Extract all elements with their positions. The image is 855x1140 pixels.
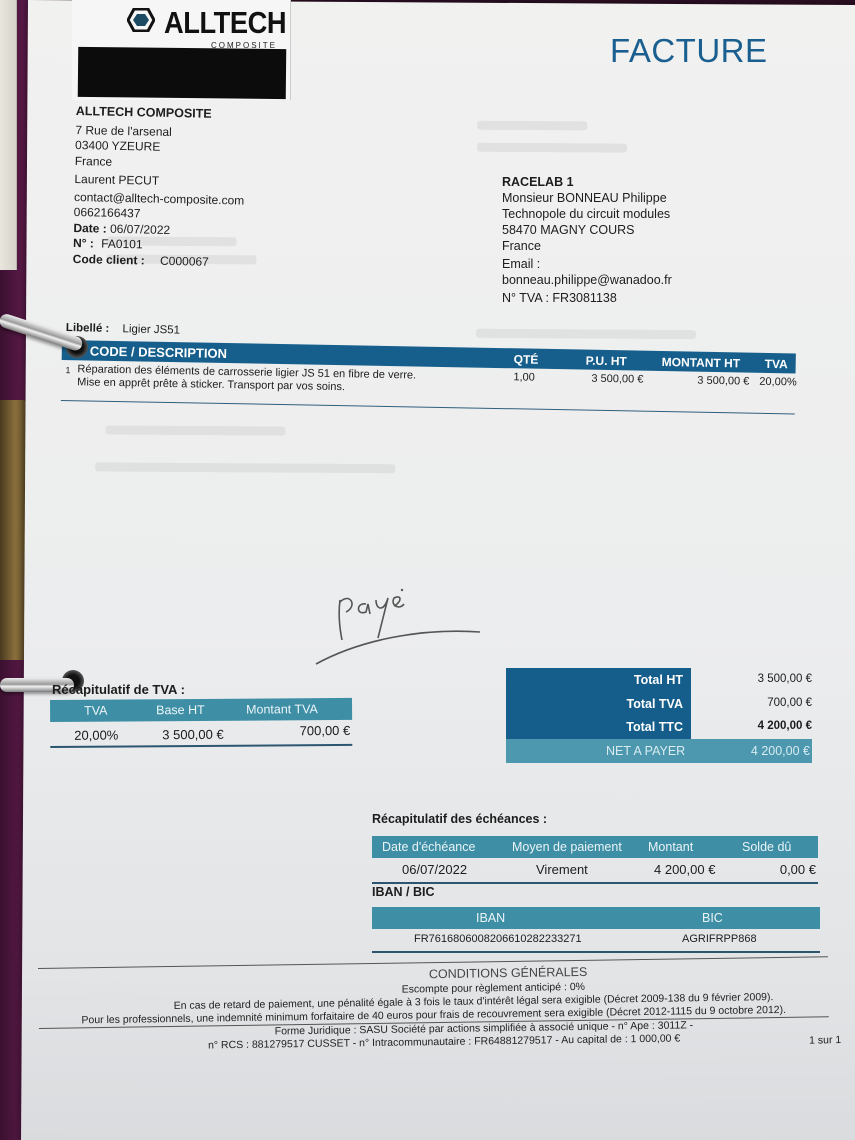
- client-code-label: Code client :: [73, 251, 145, 267]
- vat-summary-header: TVA Base HT Montant TVA: [50, 698, 352, 722]
- libelle-row: Libellé : Ligier JS51: [66, 322, 180, 337]
- schedule-title: Récapitulatif des échéances :: [372, 812, 547, 826]
- table-row: FR7616806008206610282233271 AGRIFRPP868: [372, 929, 820, 951]
- bleed-through-mark: [95, 462, 395, 473]
- bic-value: AGRIFRPP868: [682, 933, 757, 945]
- item-amount: 3 500,00 €: [697, 375, 749, 388]
- table-row: 20,00% 3 500,00 € 700,00 €: [50, 720, 352, 746]
- total-ht-label: Total HT: [506, 668, 691, 692]
- col-due-date: Date d'échéance: [382, 840, 475, 854]
- col-iban: IBAN: [476, 911, 505, 925]
- due-date: 06/07/2022: [402, 862, 467, 877]
- invoice-number-label: N° :: [73, 236, 94, 250]
- bank-details-table: IBAN BIC FR7616806008206610282233271 AGR…: [372, 907, 820, 953]
- invoice-date: 06/07/2022: [110, 221, 170, 236]
- vat-summary-table: TVA Base HT Montant TVA 20,00% 3 500,00 …: [50, 698, 352, 748]
- col-bic: BIC: [702, 911, 723, 925]
- client-address-line2: 58470 MAGNY COURS: [502, 222, 672, 238]
- item-qty: 1,00: [513, 371, 535, 383]
- redaction-bar: [78, 47, 287, 99]
- item-vat: 20,00%: [759, 376, 797, 389]
- client-vat-label: N° TVA :: [502, 291, 549, 305]
- invoice-date-label: Date :: [73, 220, 107, 235]
- net-to-pay-value: 4 200,00 €: [751, 744, 810, 758]
- col-payment-method: Moyen de paiement: [512, 840, 622, 854]
- sender-company: ALLTECH COMPOSITE: [76, 104, 247, 123]
- bleed-through-mark: [477, 121, 587, 131]
- sender-country: France: [75, 153, 246, 172]
- bleed-through-mark: [477, 143, 627, 153]
- col-description: CODE / DESCRIPTION: [90, 344, 228, 362]
- client-contact: Monsieur BONNEAU Philippe: [502, 190, 672, 206]
- divider: [372, 951, 820, 953]
- payment-method: Virement: [536, 862, 588, 877]
- col-amount: Montant: [648, 840, 693, 854]
- vat-base: 3 500,00 €: [162, 727, 224, 742]
- col-vat: TVA: [765, 357, 788, 371]
- col-unit-price: P.U. HT: [586, 354, 627, 369]
- client-email: bonneau.philippe@wanadoo.fr: [502, 272, 672, 288]
- table-row: 06/07/2022 Virement 4 200,00 € 0,00 €: [372, 858, 818, 882]
- sender-contact: Laurent PECUT: [74, 172, 245, 191]
- net-to-pay-label: NET A PAYER: [606, 744, 685, 758]
- invoice-number: FA0101: [101, 237, 143, 252]
- client-vat: FR3081138: [552, 291, 616, 305]
- col-amount: MONTANT HT: [662, 355, 741, 370]
- client-email-label: Email :: [502, 256, 672, 272]
- col-balance: Solde dû: [742, 840, 791, 854]
- total-tva-label: Total TVA: [506, 692, 691, 716]
- bleed-through-mark: [105, 425, 285, 435]
- client-company: RACELAB 1: [502, 174, 672, 190]
- footer: CONDITIONS GÉNÉRALES Escompte pour règle…: [38, 956, 829, 1055]
- libelle-label: Libellé :: [66, 322, 110, 335]
- totals-block: Total HT 3 500,00 € Total TVA 700,00 € T…: [506, 668, 812, 763]
- vat-summary-title: Récapitulatif de TVA :: [52, 682, 185, 697]
- item-unit-price: 3 500,00 €: [591, 373, 643, 386]
- balance-due: 0,00 €: [780, 862, 816, 877]
- bleed-through-mark: [476, 329, 696, 339]
- total-ttc-label: Total TTC: [506, 715, 691, 739]
- bank-details-title: IBAN / BIC: [372, 885, 435, 899]
- total-ht-value: 3 500,00 €: [758, 673, 812, 685]
- client-block: RACELAB 1 Monsieur BONNEAU Philippe Tech…: [502, 174, 672, 306]
- hexagon-nut-icon: [127, 8, 155, 32]
- vat-rate: 20,00%: [74, 728, 118, 743]
- schedule-table: Date d'échéance Moyen de paiement Montan…: [372, 836, 818, 884]
- client-country: France: [502, 238, 672, 254]
- logo-wordmark: ALLTECH: [164, 5, 286, 41]
- item-index: 1: [65, 365, 70, 375]
- page-number: 1 sur 1: [809, 1034, 841, 1046]
- schedule-header: Date d'échéance Moyen de paiement Montan…: [372, 836, 818, 858]
- total-ttc-value: 4 200,00 €: [758, 720, 812, 732]
- libelle-value: Ligier JS51: [122, 323, 180, 336]
- col-qty: QTÉ: [514, 352, 539, 366]
- col-vat-rate: TVA: [84, 704, 107, 718]
- binder-stacked-pages: [0, 0, 17, 270]
- sender-block: ALLTECH COMPOSITE 7 Rue de l'arsenal 034…: [73, 104, 247, 271]
- divider: [372, 882, 818, 884]
- col-base: Base HT: [156, 703, 205, 717]
- total-tva-value: 700,00 €: [767, 697, 812, 709]
- total-tva-row: Total TVA 700,00 €: [506, 692, 812, 716]
- total-ttc-row: Total TTC 4 200,00 €: [506, 715, 812, 739]
- schedule-amount: 4 200,00 €: [654, 862, 715, 877]
- total-ht-row: Total HT 3 500,00 €: [506, 668, 812, 692]
- handwritten-paid-annotation: payé: [310, 580, 510, 670]
- client-code: C000067: [160, 253, 209, 268]
- client-address-line1: Technopole du circuit modules: [502, 206, 672, 222]
- col-vat-amount: Montant TVA: [246, 702, 318, 717]
- client-vat-row: N° TVA : FR3081138: [502, 290, 672, 306]
- net-to-pay-row: NET A PAYER 4 200,00 €: [506, 739, 812, 763]
- bank-details-header: IBAN BIC: [372, 907, 820, 929]
- vat-amount: 700,00 €: [300, 723, 351, 738]
- iban-value: FR7616806008206610282233271: [414, 933, 582, 945]
- document-title: FACTURE: [610, 32, 768, 70]
